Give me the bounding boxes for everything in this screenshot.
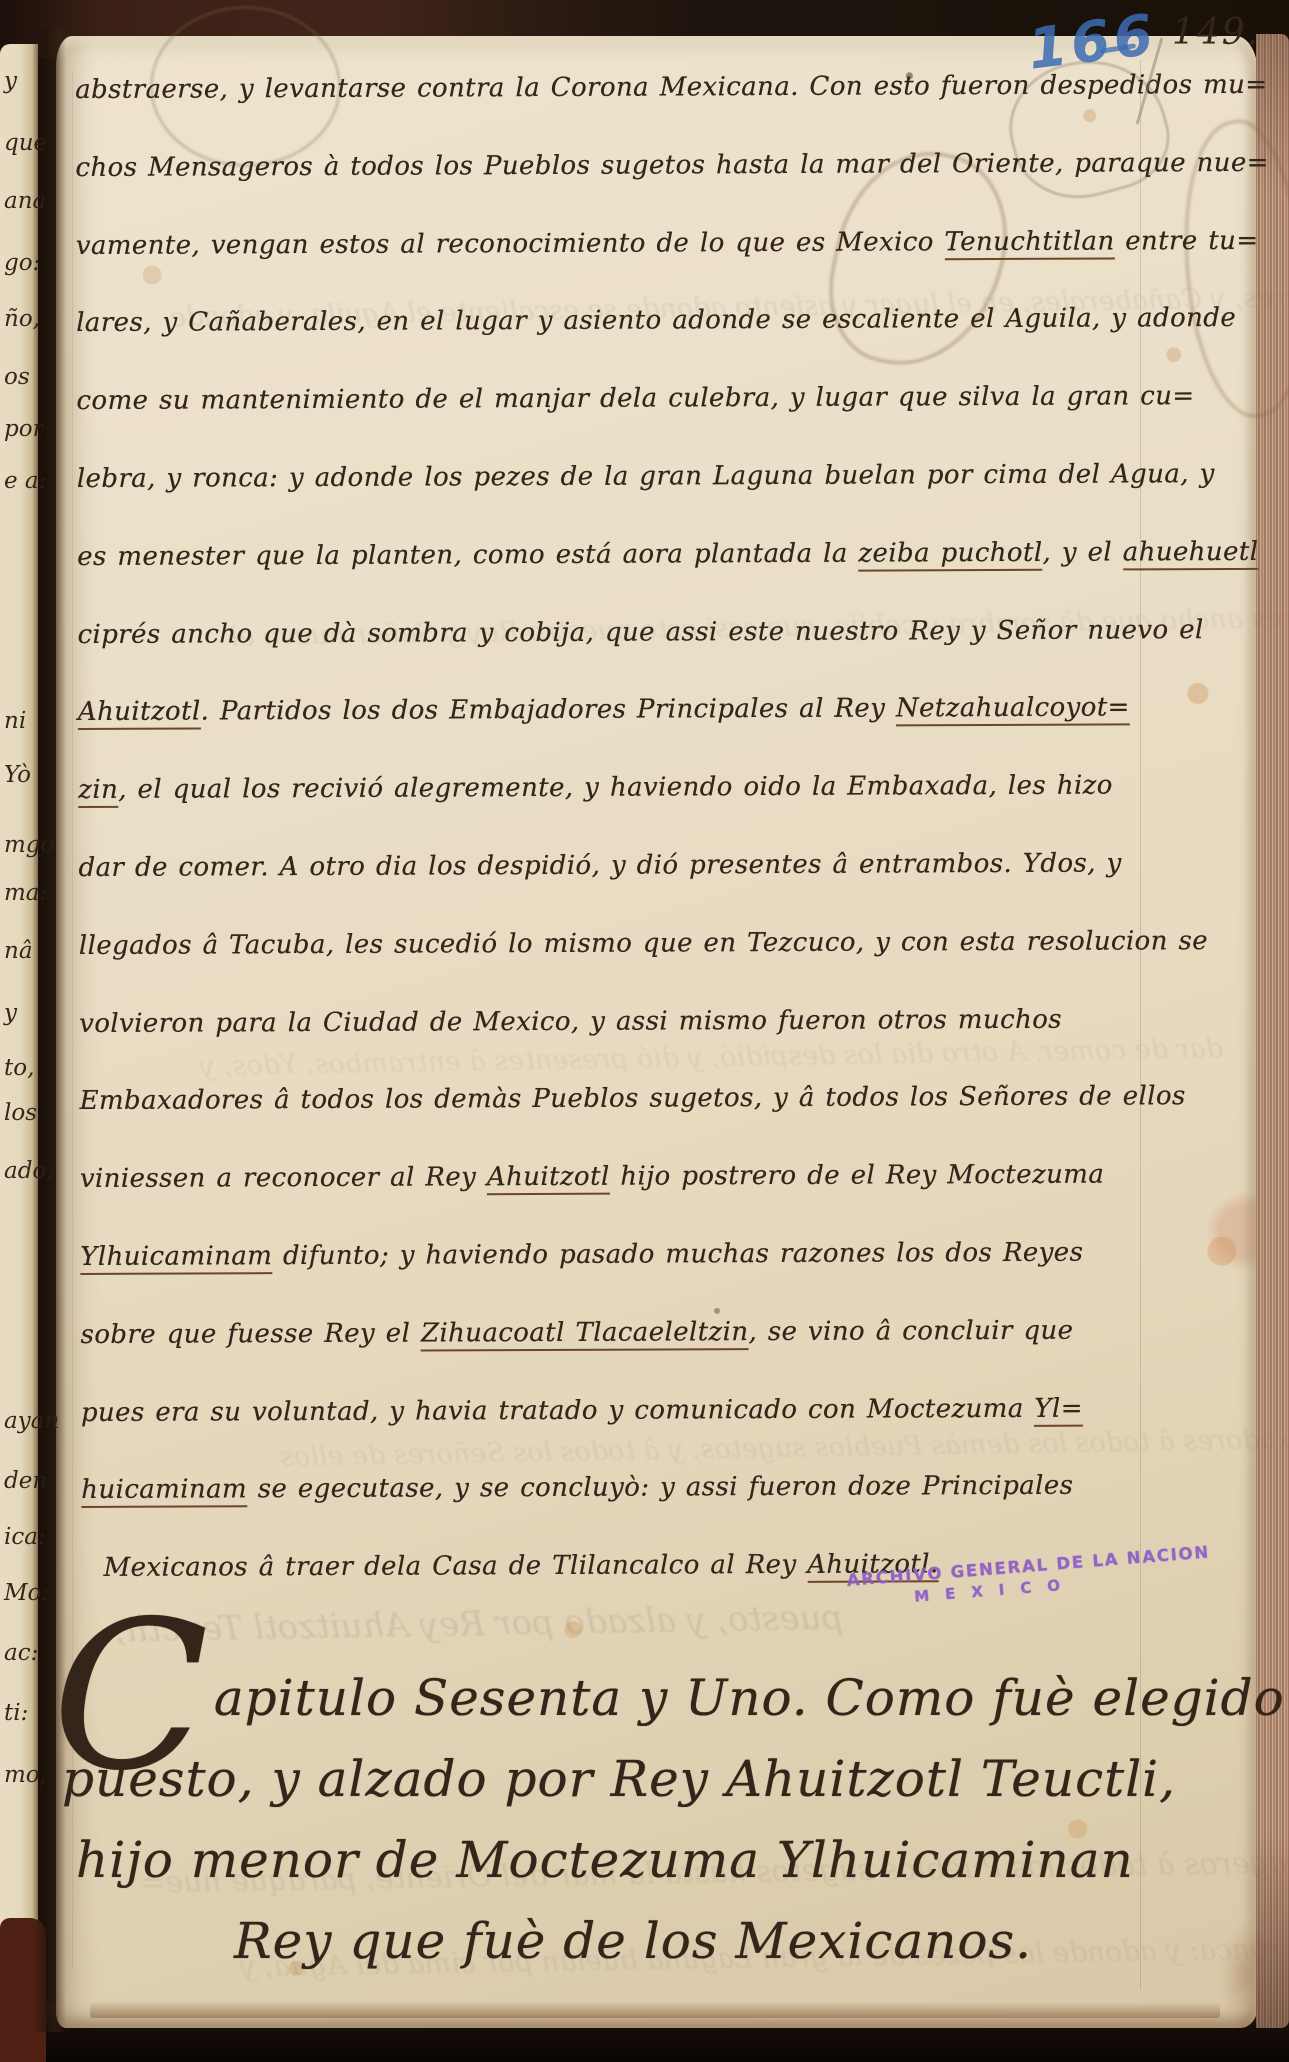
underlined-word: Ylhuicaminam: [80, 1241, 272, 1275]
text-segment: , y el: [1042, 537, 1122, 567]
text-segment: hijo postrero de el Rey Moctezuma: [610, 1160, 1105, 1192]
manuscript-line: Capitulo Sesenta y Uno. Como fuè elegido…: [62, 1658, 1272, 1739]
underlined-word: Ahuitzotl: [487, 1162, 610, 1196]
text-segment: apitulo Sesenta y Uno. Como fuè elegido …: [214, 1669, 1289, 1727]
text-segment: , el qual los recivió alegremente, y hav…: [118, 771, 1113, 805]
facing-page-fragment: y: [4, 1000, 17, 1026]
facing-page-fragment: ti:: [4, 1700, 28, 1726]
manuscript-line: pues era su voluntad, y havia tratado y …: [81, 1369, 1267, 1452]
manuscript-line: Rey que fuè de los Mexicanos.: [62, 1901, 1272, 1982]
manuscript-body-text: abstraerse, y levantarse contra la Coron…: [75, 47, 1268, 1608]
text-segment: dar de comer. A otro dia los despidió, y…: [78, 848, 1121, 883]
manuscript-photo: lares, y Cañaberales, en el lugar y asie…: [0, 0, 1289, 2062]
text-segment: viniessen a reconocer al Rey: [80, 1162, 487, 1194]
manuscript-line: llegados â Tacuba, les sucedió lo mismo …: [79, 903, 1265, 986]
underlined-word: Netzahualcoyot=: [896, 693, 1130, 727]
manuscript-line: Ahuitzotl. Partidos los dos Embajadores …: [78, 669, 1264, 752]
text-segment: Embaxadores â todos los demàs Pueblos su…: [80, 1082, 1186, 1117]
underlined-word: Tenuchtitlan: [944, 226, 1114, 260]
page-block-edge: [90, 2002, 1220, 2018]
underlined-word: huicaminam: [81, 1475, 247, 1509]
underlined-word: Zihuacoatl Tlacaeleltzin: [421, 1317, 749, 1351]
text-segment: lares, y Cañaberales, en el lugar y asie…: [76, 303, 1236, 338]
facing-page-fragment: y: [4, 68, 17, 94]
facing-page-fragment: os: [4, 364, 30, 390]
underlined-word: Yl=: [1034, 1393, 1083, 1426]
text-segment: se egecutase, y se concluyò: y assi fuer…: [247, 1471, 1073, 1505]
manuscript-line: Ylhuicaminam difunto; y haviendo pasado …: [80, 1214, 1266, 1297]
text-segment: lebra, y ronca: y adonde los pezes de la…: [77, 459, 1215, 494]
facing-page-fragment: nâ: [4, 938, 33, 964]
manuscript-line: volvieron para la Ciudad de Mexico, y as…: [79, 980, 1265, 1063]
manuscript-line: come su mantenimiento de el manjar dela …: [76, 358, 1262, 441]
manuscript-line: ciprés ancho que dà sombra y cobija, que…: [77, 591, 1263, 674]
manuscript-line: hijo menor de Moctezuma Ylhuicaminan: [62, 1820, 1272, 1901]
chapter-heading: Capitulo Sesenta y Uno. Como fuè elegido…: [62, 1658, 1272, 1982]
underlined-word: ahuehuetl: [1123, 537, 1259, 571]
text-segment: come su mantenimiento de el manjar dela …: [76, 381, 1194, 416]
manuscript-line: puesto, y alzado por Rey Ahuitzotl Teuct…: [62, 1739, 1272, 1820]
underlined-word: zin: [78, 775, 118, 808]
facing-page-fragment: to,: [4, 1055, 34, 1081]
text-segment: ciprés ancho que dà sombra y cobija, que…: [77, 615, 1203, 650]
text-segment: volvieron para la Ciudad de Mexico, y as…: [79, 1004, 1062, 1038]
manuscript-line: sobre que fuesse Rey el Zihuacoatl Tlaca…: [80, 1292, 1266, 1375]
manuscript-line: viniessen a reconocer al Rey Ahuitzotl h…: [80, 1136, 1266, 1219]
underlined-word: Ahuitzotl: [78, 697, 201, 731]
manuscript-line: huicaminam se egecutase, y se concluyò: …: [81, 1447, 1267, 1530]
facing-page-fragment: ni: [4, 708, 26, 734]
text-segment: chos Mensageros à todos los Pueblos suge…: [75, 148, 1269, 183]
text-segment: . Partidos los dos Embajadores Principal…: [201, 694, 896, 727]
facing-page-fragment: Yò: [4, 762, 31, 788]
text-segment: difunto; y haviendo pasado muchas razone…: [272, 1238, 1083, 1272]
text-segment: sobre que fuesse Rey el: [81, 1318, 421, 1349]
text-segment: vamente, vengan estos al reconocimiento …: [76, 227, 945, 261]
text-segment: pues era su voluntad, y havia tratado y …: [81, 1393, 1035, 1427]
manuscript-line: dar de comer. A otro dia los despidió, y…: [78, 825, 1264, 908]
text-segment: es menester que la planten, como está ao…: [77, 538, 858, 571]
folio-number: 149.: [1172, 12, 1260, 53]
underlined-word: zeiba puchotl: [858, 538, 1042, 572]
text-segment: entre tu=: [1115, 225, 1259, 256]
text-segment: Rey que fuè de los Mexicanos.: [234, 1912, 1032, 1970]
text-segment: puesto, y alzado por Rey Ahuitzotl Teuct…: [62, 1750, 1176, 1808]
manuscript-line: lebra, y ronca: y adonde los pezes de la…: [77, 436, 1263, 519]
text-segment: llegados â Tacuba, les sucedió lo mismo …: [79, 926, 1208, 961]
text-segment: hijo menor de Moctezuma Ylhuicaminan: [76, 1831, 1134, 1889]
text-segment: , se vino â concluir que: [748, 1315, 1073, 1346]
manuscript-line: es menester que la planten, como está ao…: [77, 514, 1263, 597]
manuscript-line: lares, y Cañaberales, en el lugar y asie…: [76, 280, 1262, 363]
manuscript-line: chos Mensageros à todos los Pueblos suge…: [75, 125, 1261, 208]
manuscript-line: vamente, vengan estos al reconocimiento …: [76, 202, 1262, 285]
manuscript-line: Embaxadores â todos los demàs Pueblos su…: [79, 1058, 1265, 1141]
manuscript-line: zin, el qual los recivió alegremente, y …: [78, 747, 1264, 830]
